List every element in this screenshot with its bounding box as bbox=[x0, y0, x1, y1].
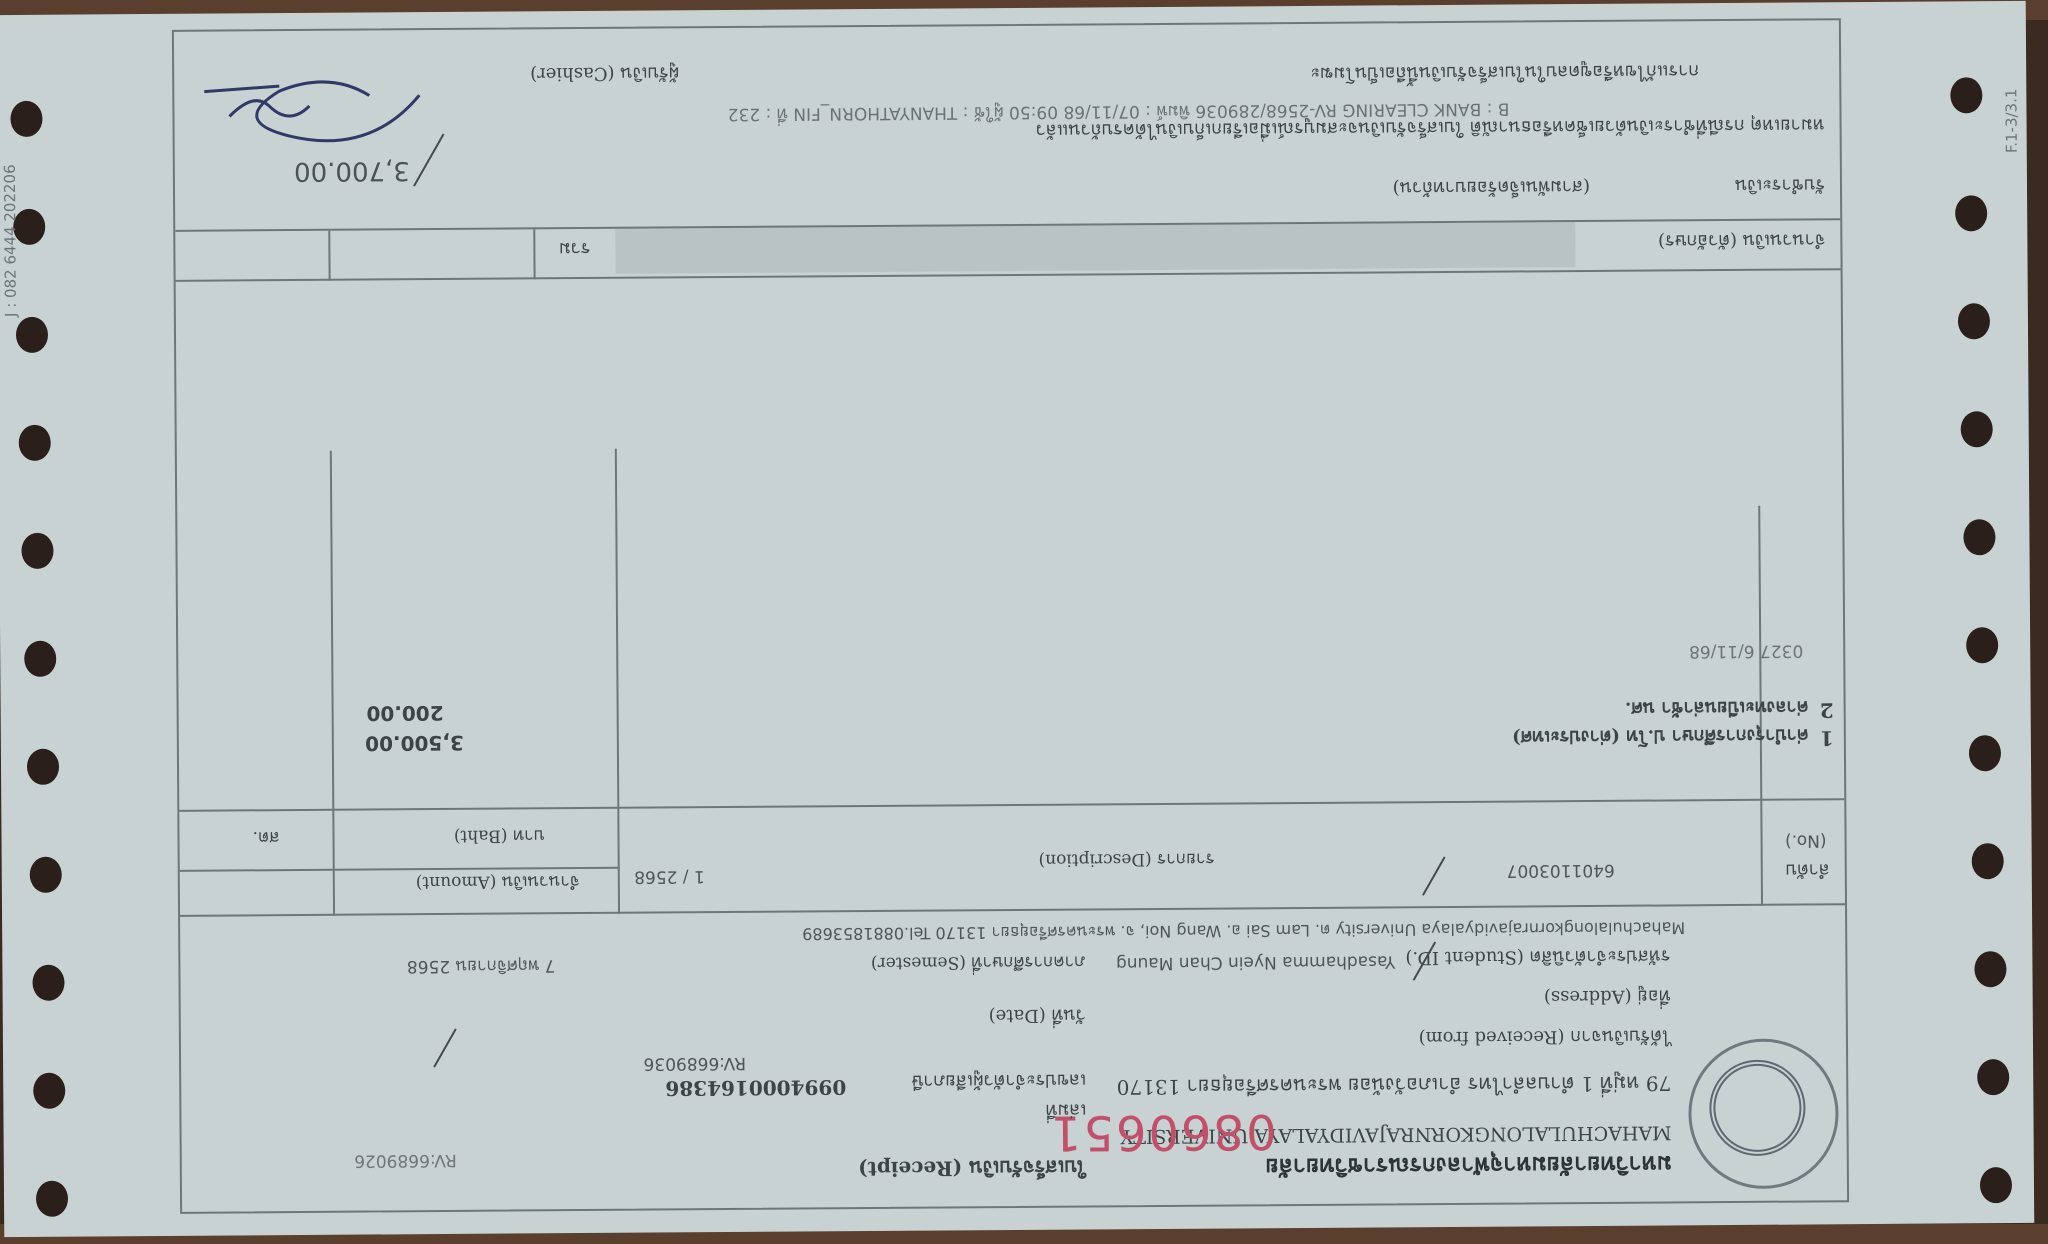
header-description: รายการ (Description) bbox=[1038, 846, 1214, 874]
amount-words-label: จำนวนเงิน (ตัวอักษร) bbox=[1658, 226, 1826, 256]
column-divider bbox=[328, 231, 330, 281]
perforation-hole bbox=[24, 641, 56, 677]
amount-words-field bbox=[615, 222, 1575, 274]
perforation-hole bbox=[1950, 77, 1982, 113]
receipt-paper: F.1-3/3.1 J : 082 6444 202206 มหาวิทยาลั… bbox=[0, 1, 2034, 1237]
payment-note: 0327 6/11/68 bbox=[1689, 640, 1803, 661]
column-divider bbox=[330, 451, 335, 916]
header-baht: บาท (Baht) bbox=[454, 822, 545, 850]
cashier-label: ผู้รับเงิน (Cashier) bbox=[530, 59, 679, 89]
print-line: B : BANK CLEARING RV-2568/289036 พิมพ์ :… bbox=[728, 96, 1510, 128]
tax-id: 0994000164386 bbox=[665, 1075, 846, 1100]
table-header-border bbox=[179, 798, 1844, 812]
perforation-hole bbox=[1955, 195, 1987, 231]
date-label: วันที่ (Date) bbox=[989, 1002, 1086, 1032]
perforation-hole bbox=[1969, 735, 2001, 771]
university-address: 79 หมู่ที่ 1 ตำบลลำไทร อำเภอวังน้อย พระน… bbox=[1117, 1067, 1672, 1103]
payment-label: รับชำระเงิน bbox=[1735, 171, 1825, 201]
tax-id-label: เลขประจำตัวผู้เสียภาษี bbox=[911, 1067, 1086, 1097]
perforation-hole bbox=[1977, 1059, 2009, 1095]
perforation-hole bbox=[1972, 843, 2004, 879]
perforation-hole bbox=[1961, 411, 1993, 447]
perforation-hole bbox=[16, 317, 48, 353]
header-amount: จำนวนเงิน (Amount) bbox=[416, 868, 580, 896]
header-satang: สต. bbox=[253, 824, 280, 851]
check-mark bbox=[433, 1028, 456, 1067]
student-id: 6401103007 bbox=[1507, 860, 1615, 881]
student-id-label: รหัสประจำตัวนิสิต (Student ID.) bbox=[1405, 942, 1670, 973]
book-label: เล่มที่ bbox=[1045, 1097, 1086, 1126]
total-label: รวม bbox=[559, 235, 591, 264]
perforation-hole bbox=[30, 857, 62, 893]
semester-value: 1 / 2568 bbox=[634, 866, 705, 886]
semester-label: ภาคการศึกษาที่ (Semester) bbox=[871, 949, 1086, 977]
address-label: ที่อยู่ (Address) bbox=[1544, 982, 1671, 1012]
row-no: 2 bbox=[1820, 698, 1834, 722]
header-no-en: (No.) bbox=[1785, 830, 1827, 850]
received-from-label: ได้รับเงินจาก (Received from) bbox=[1418, 1022, 1671, 1053]
perforation-hole bbox=[21, 533, 53, 569]
table-row: 1 ค่าบำรุงการศึกษา ป.โท (ต่างประเทศ) 3,5… bbox=[182, 1200, 1847, 1212]
header-no-th: ลำดับ bbox=[1785, 856, 1829, 885]
row-no: 1 bbox=[1820, 726, 1834, 750]
remark-line-2: การแก้ไขหรือขูดลบในใบเสร็จรับเงินนี้ถือเ… bbox=[1310, 57, 1699, 89]
perforation-hole bbox=[1966, 627, 1998, 663]
perforation-hole bbox=[33, 1073, 65, 1109]
perforation-hole bbox=[27, 749, 59, 785]
column-divider bbox=[615, 449, 620, 914]
rv-top-number: RV:6689026 bbox=[354, 1150, 457, 1171]
row-amount: 3,500.00 bbox=[365, 731, 464, 756]
perforation-hole bbox=[1958, 303, 1990, 339]
column-divider bbox=[533, 229, 535, 279]
perforation-hole bbox=[36, 1181, 68, 1217]
university-name-th: มหาวิทยาลัยมหาจุฬาลงกรณราชวิทยาลัย bbox=[1265, 1145, 1672, 1184]
cashier-signature bbox=[199, 65, 430, 167]
check-mark bbox=[1422, 856, 1445, 895]
perforation-hole bbox=[1963, 519, 1995, 555]
row-description: ค่าลงทะเบียนล่าช้า นศ. bbox=[1625, 693, 1809, 723]
perforation-hole bbox=[10, 101, 42, 137]
perforation-hole bbox=[19, 425, 51, 461]
date-value: 7 พฤศจิกายน 2568 bbox=[407, 952, 556, 980]
left-margin-code: J : 082 6444 202206 bbox=[1, 164, 20, 317]
student-name: Yasadhamma Nyein Chan Maung bbox=[1116, 951, 1396, 973]
row-description: ค่าบำรุงการศึกษา ป.โท (ต่างประเทศ) bbox=[1512, 721, 1809, 752]
address-value: Mahachulalongkornrajavidyalaya Universit… bbox=[802, 914, 1685, 945]
amount-in-words: (สามพันเจ็ดร้อยบาทถ้วน) bbox=[1393, 173, 1590, 203]
row-amount: 200.00 bbox=[366, 701, 443, 726]
receipt-form: มหาวิทยาลัยมหาจุฬาลงกรณราชวิทยาลัย ใบเสร… bbox=[172, 18, 1849, 1214]
table-row: 2 ค่าลงทะเบียนล่าช้า นศ. 200.00 bbox=[182, 1200, 1847, 1212]
rv-number: RV:6689036 bbox=[643, 1053, 746, 1074]
perforation-hole bbox=[1980, 1167, 2012, 1203]
perforation-hole bbox=[32, 965, 64, 1001]
university-seal bbox=[1688, 1038, 1839, 1189]
right-margin-code: F.1-3/3.1 bbox=[2002, 89, 2020, 154]
perforation-hole bbox=[1974, 951, 2006, 987]
